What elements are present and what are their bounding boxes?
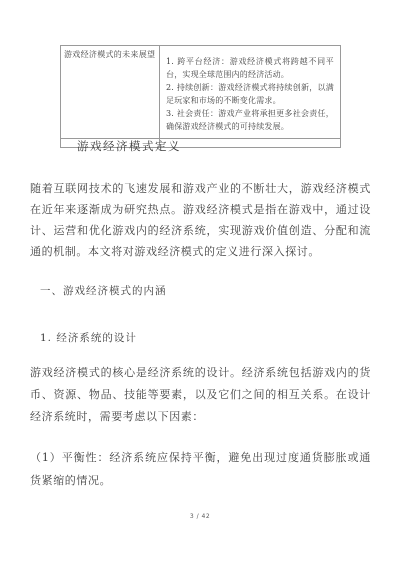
table-empty-cell: [160, 139, 341, 148]
table-row-content: 1. 跨平台经济：游戏经济模式将跨越不同平台，实现全球范围内的经济活动。 2. …: [160, 46, 341, 139]
section-heading: 一、游戏经济模式的内涵: [40, 283, 167, 298]
table-item: 2. 持续创新：游戏经济模式将持续创新，以满足玩家和市场的不断变化需求。: [166, 81, 334, 107]
paragraph-intro: 随着互联网技术的飞速发展和游戏产业的不断壮大，游戏经济模式在近年来逐渐成为研究热…: [30, 178, 371, 262]
table-row-label: 游戏经济模式的未来展望: [61, 46, 160, 139]
summary-table: 游戏经济模式的未来展望 1. 跨平台经济：游戏经济模式将跨越不同平台，实现全球范…: [60, 45, 341, 148]
document-page: 游戏经济模式的未来展望 1. 跨平台经济：游戏经济模式将跨越不同平台，实现全球范…: [0, 0, 400, 566]
paragraph-economic-system: 游戏经济模式的核心是经济系统的设计。经济系统包括游戏内的货币、资源、物品、技能等…: [30, 362, 371, 428]
table-item: 3. 社会责任：游戏产业将承担更多社会责任，确保游戏经济模式的可持续发展。: [166, 107, 334, 133]
table-item: 1. 跨平台经济：游戏经济模式将跨越不同平台，实现全球范围内的经济活动。: [166, 55, 334, 81]
page-number: 3 / 42: [0, 513, 400, 520]
subsection-heading: 1. 经济系统的设计: [40, 330, 137, 345]
document-title: 游戏经济模式定义: [77, 138, 181, 154]
table-row: 游戏经济模式的未来展望 1. 跨平台经济：游戏经济模式将跨越不同平台，实现全球范…: [61, 46, 341, 139]
paragraph-balance: （1）平衡性：经济系统应保持平衡，避免出现过度通货膨胀或通货紧缩的情况。: [30, 446, 371, 492]
